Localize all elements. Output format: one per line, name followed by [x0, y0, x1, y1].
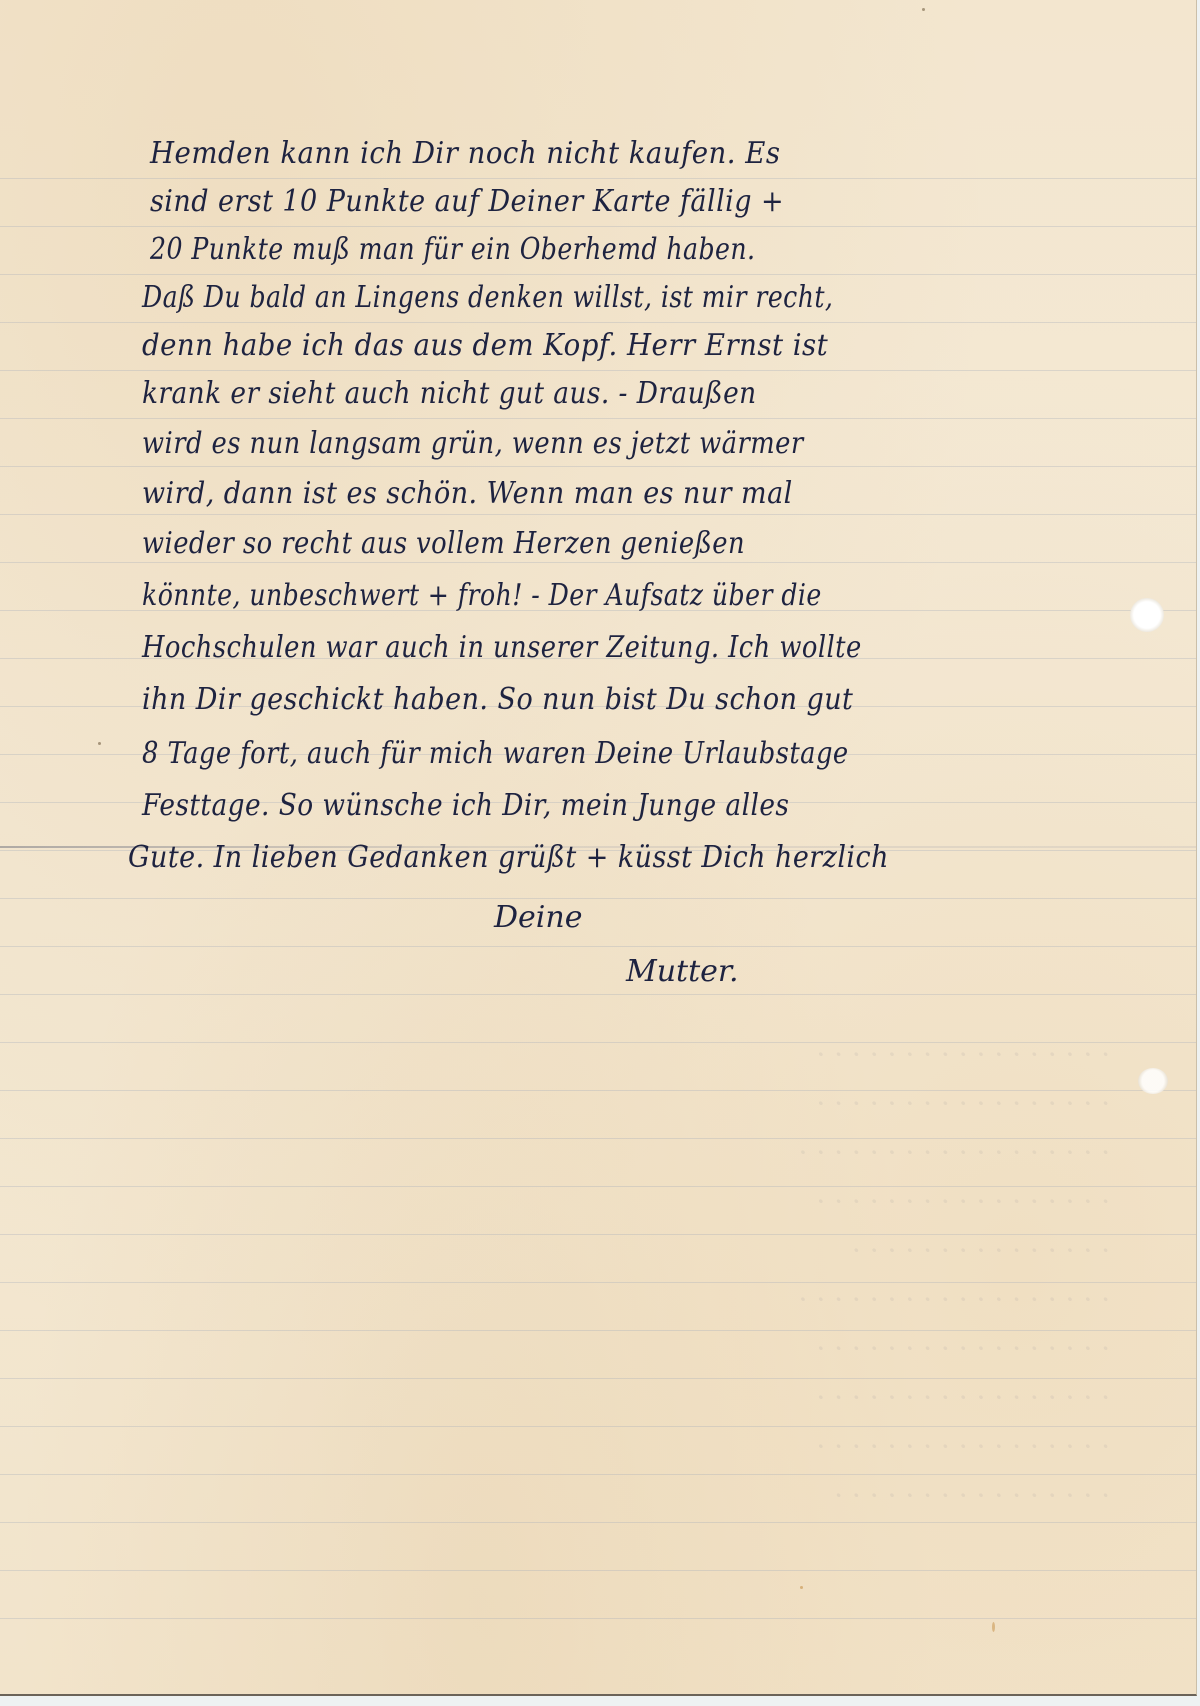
punch-hole [1138, 1068, 1168, 1094]
letter-line: könnte, unbeschwert + froh! - Der Aufsat… [142, 572, 822, 620]
letter-line: denn habe ich das aus dem Kopf. Herr Ern… [142, 322, 828, 370]
letter-line: Hochschulen war auch in unserer Zeitung.… [142, 624, 862, 672]
signature: Mutter. [626, 954, 739, 989]
letter-paper: · · · · · · · · · · · · · · · · · · · · … [0, 0, 1197, 1696]
punch-hole [1130, 598, 1164, 632]
paper-speck [800, 1586, 803, 1589]
ruled-line [0, 1570, 1196, 1571]
letter-line: 20 Punkte muß man für ein Oberhemd haben… [150, 226, 755, 274]
closing-salutation: Deine [494, 900, 582, 935]
ruled-line [0, 898, 1196, 899]
paper-speck [98, 742, 101, 745]
ruled-line [0, 946, 1196, 947]
letter-line: sind erst 10 Punkte auf Deiner Karte fäl… [150, 178, 784, 226]
reverse-side-show-through: · · · · · · · · · · · · · · · · · · · · … [110, 1030, 1110, 1520]
letter-line: Gute. In lieben Gedanken grüßt + küsst D… [128, 834, 889, 882]
ruled-line [0, 1522, 1196, 1523]
ruled-line [0, 1618, 1196, 1619]
ruled-line [0, 994, 1196, 995]
letter-line: Daß Du bald an Lingens denken willst, is… [142, 274, 833, 322]
letter-line: ihn Dir geschickt haben. So nun bist Du … [142, 676, 853, 724]
letter-line: wieder so recht aus vollem Herzen genieß… [142, 520, 745, 568]
letter-line: krank er sieht auch nicht gut aus. - Dra… [142, 370, 757, 418]
paper-speck [992, 1622, 995, 1632]
paper-speck [922, 8, 925, 11]
letter-line: 8 Tage fort, auch für mich waren Deine U… [142, 730, 849, 778]
ruled-line [0, 418, 1196, 419]
letter-line: Hemden kann ich Dir noch nicht kaufen. E… [150, 130, 780, 178]
letter-line: Festtage. So wünsche ich Dir, mein Junge… [142, 782, 789, 830]
letter-line: wird, dann ist es schön. Wenn man es nur… [142, 470, 793, 518]
letter-line: wird es nun langsam grün, wenn es jetzt … [142, 420, 804, 468]
